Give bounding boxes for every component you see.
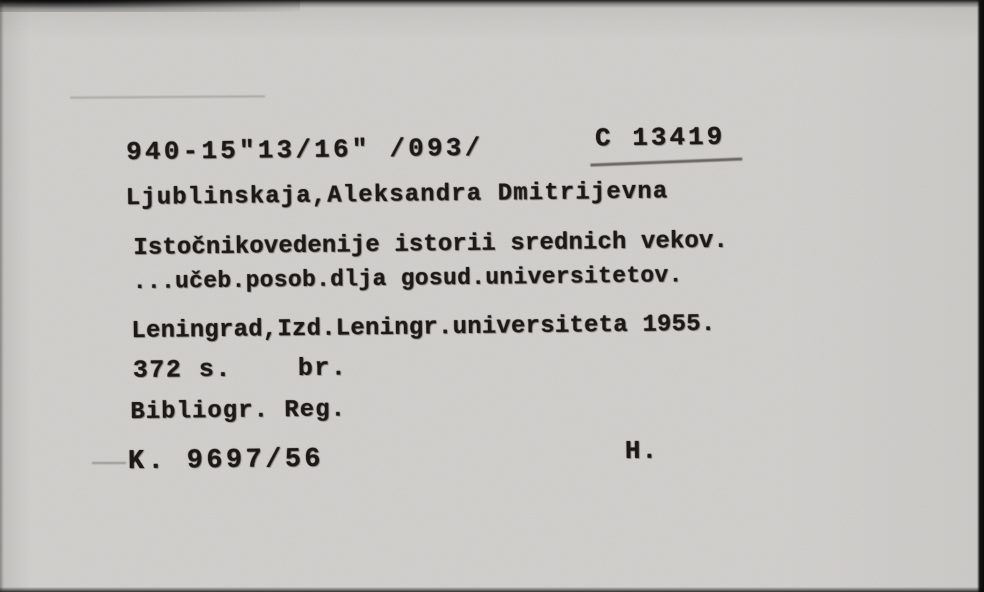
binding-note: br. bbox=[298, 355, 348, 381]
bibliography-note: Bibliogr. Reg. bbox=[130, 398, 346, 425]
shelf-mark: C 13419 bbox=[595, 124, 726, 152]
shelf-mark-underline bbox=[590, 158, 742, 167]
author-heading: Ljublinskaja,Aleksandra Dmitrijevna bbox=[126, 181, 669, 212]
pagination: 372 s. bbox=[133, 357, 232, 383]
typewritten-text-layer: 940-15"13/16" /093/ C 13419 Ljublinskaja… bbox=[0, 0, 984, 592]
classification-number: 940-15"13/16" /093/ bbox=[126, 135, 484, 165]
cataloguer-initials: H. bbox=[625, 438, 659, 464]
title-line: Istočnikovedenije istorii srednich vekov… bbox=[133, 230, 728, 261]
accession-number: K. 9697/56 bbox=[128, 447, 324, 476]
catalog-card: 940-15"13/16" /093/ C 13419 Ljublinskaja… bbox=[0, 0, 984, 592]
subtitle-line: ...učeb.posob.dlja gosud.universitetov. bbox=[133, 264, 683, 294]
imprint-line: Leningrad,Izd.Leningr.universiteta 1955. bbox=[131, 313, 715, 344]
